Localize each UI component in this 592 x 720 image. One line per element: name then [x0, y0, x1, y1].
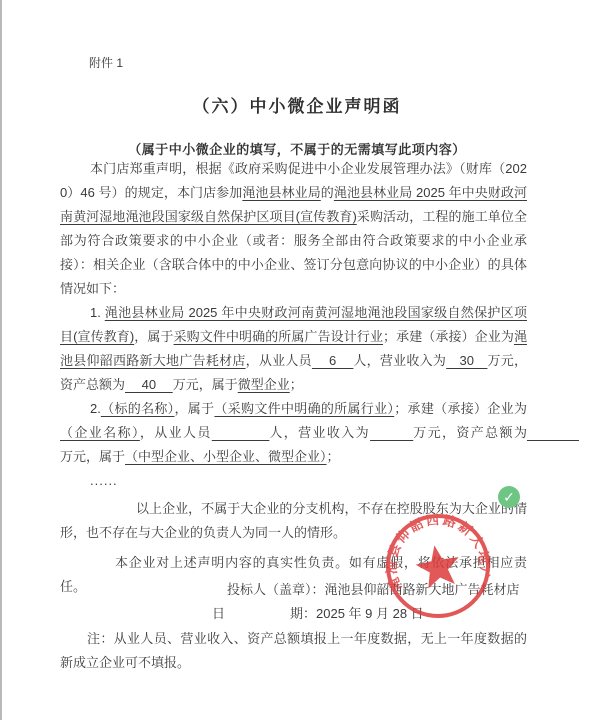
enterprise-type-value: 微型企业	[238, 377, 290, 392]
industry-name: 采购文件中明确的所属广告设计行业	[174, 329, 383, 344]
paragraph-not-branch: 以上企业，不属于大企业的分支机构，不存在控股股东为大企业的情形，也不存在与大企业…	[60, 497, 527, 545]
text-run: ，从业人员	[246, 353, 312, 368]
revenue-value: 30	[446, 353, 487, 368]
text-run: 万元，资产总额为	[413, 425, 527, 440]
text-run: 万元，属于	[173, 377, 238, 392]
bidder-signature-line: 投标人（盖章）：渑池县仰韶西路新大地广告耗材店	[227, 582, 520, 598]
paragraph-item1: 1. 渑池县林业局 2025 年中央财政河南黄河湿地渑池段国家级自然保护区项目(…	[60, 301, 527, 397]
purchaser-name: 渑池县林业局	[242, 185, 320, 200]
text-run: ；承建（承接）企业为	[394, 401, 527, 416]
attachment-label: 附件 1	[89, 54, 123, 71]
text-run: ，属于	[175, 401, 215, 416]
declaration-body: 本门店郑重声明，根据《政府采购促进中小企业发展管理办法》（财库（2020）46 …	[60, 157, 527, 493]
company-name-placeholder: （企业名称）	[60, 425, 140, 440]
revenue-blank	[370, 425, 413, 440]
document-subtitle: （属于中小微企业的填写，不属于的无需填写此项内容）	[2, 139, 592, 158]
industry-placeholder: （采购文件中明确的所属行业）	[214, 401, 394, 416]
text-run: 万元，属于	[60, 449, 125, 464]
text-run: 人，营业收入为	[353, 353, 446, 368]
text-run: ，从业人员	[140, 425, 212, 440]
ellipsis-line: ......	[60, 469, 527, 493]
document-page: 附件 1 （六）中小微企业声明函 （属于中小微企业的填写，不属于的无需填写此项内…	[0, 0, 592, 720]
date-line: 日 期：2025 年 9 月 28 日	[212, 606, 424, 622]
paragraph-item2: 2.（标的名称），属于（采购文件中明确的所属行业）；承建（承接）企业为（企业名称…	[60, 397, 527, 469]
text-run: ；	[290, 377, 303, 392]
text-run: 的	[321, 185, 334, 200]
item-number: 2.	[90, 401, 101, 416]
text-run: 人，营业收入为	[269, 425, 370, 440]
text-run: ；承建（承接）企业为	[383, 329, 514, 344]
text-run: ，属于	[134, 329, 173, 344]
assets-blank	[527, 425, 579, 440]
subject-name-placeholder: （标的名称）	[101, 401, 175, 416]
text-run: ；	[327, 449, 340, 464]
footnote: 注：从业人员、营业收入、资产总额填报上一年度数据，无上一年度数据的新成立企业可不…	[60, 627, 527, 675]
employee-count-value: 6	[312, 353, 353, 368]
employee-count-blank	[212, 425, 270, 440]
document-title: （六）中小微企业声明函	[2, 92, 592, 117]
item-number: 1.	[90, 305, 105, 320]
enterprise-type-placeholder: （中型企业、小型企业、微型企业）	[125, 449, 327, 464]
verified-check-icon: ✓	[498, 486, 520, 508]
paragraph-declaration: 本门店郑重声明，根据《政府采购促进中小企业发展管理办法》（财库（2020）46 …	[60, 157, 527, 301]
assets-value: 40	[125, 377, 173, 392]
